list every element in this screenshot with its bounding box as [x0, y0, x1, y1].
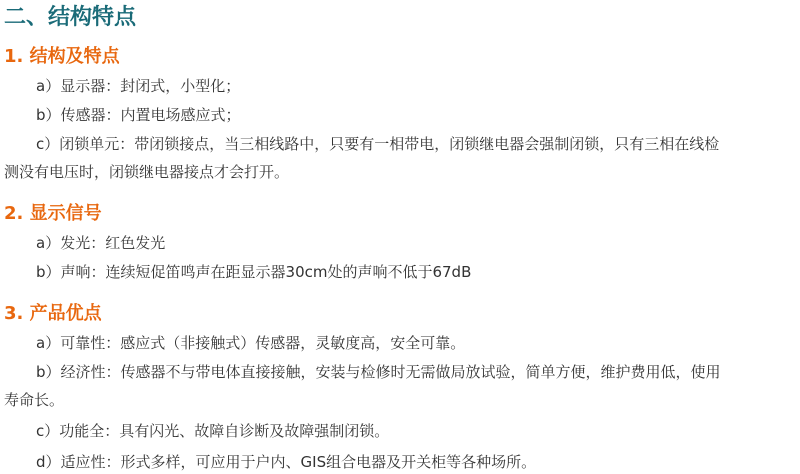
list-item: b）传感器：内置电场感应式；	[36, 104, 241, 126]
section-heading-signal: 2. 显示信号	[4, 202, 102, 226]
list-item-continuation: 测没有电压时，闭锁继电器接点才会打开。	[4, 161, 289, 183]
list-item: c）闭锁单元：带闭锁接点，当三相线路中，只要有一相带电，闭锁继电器会强制闭锁，只…	[36, 133, 719, 155]
list-item: a）发光：红色发光	[36, 232, 165, 254]
list-item: a）可靠性：感应式（非接触式）传感器，灵敏度高，安全可靠。	[36, 332, 465, 354]
list-item: b）声响：连续短促笛鸣声在距显示器30cm处的声响不低于67dB	[36, 261, 471, 283]
list-item: b）经济性：传感器不与带电体直接接触，安装与检修时无需做局放试验，简单方便，维护…	[36, 361, 721, 383]
section-heading-structure: 1. 结构及特点	[4, 45, 120, 69]
page-title: 二、结构特点	[4, 4, 136, 32]
list-item: c）功能全：具有闪光、故障自诊断及故障强制闭锁。	[36, 420, 389, 442]
list-item: d）适应性：形式多样，可应用于户内、GIS组合电器及开关柜等各种场所。	[36, 451, 536, 473]
list-item: a）显示器：封闭式，小型化；	[36, 75, 240, 97]
section-heading-advantages: 3. 产品优点	[4, 302, 102, 326]
list-item-continuation: 寿命长。	[4, 389, 64, 411]
